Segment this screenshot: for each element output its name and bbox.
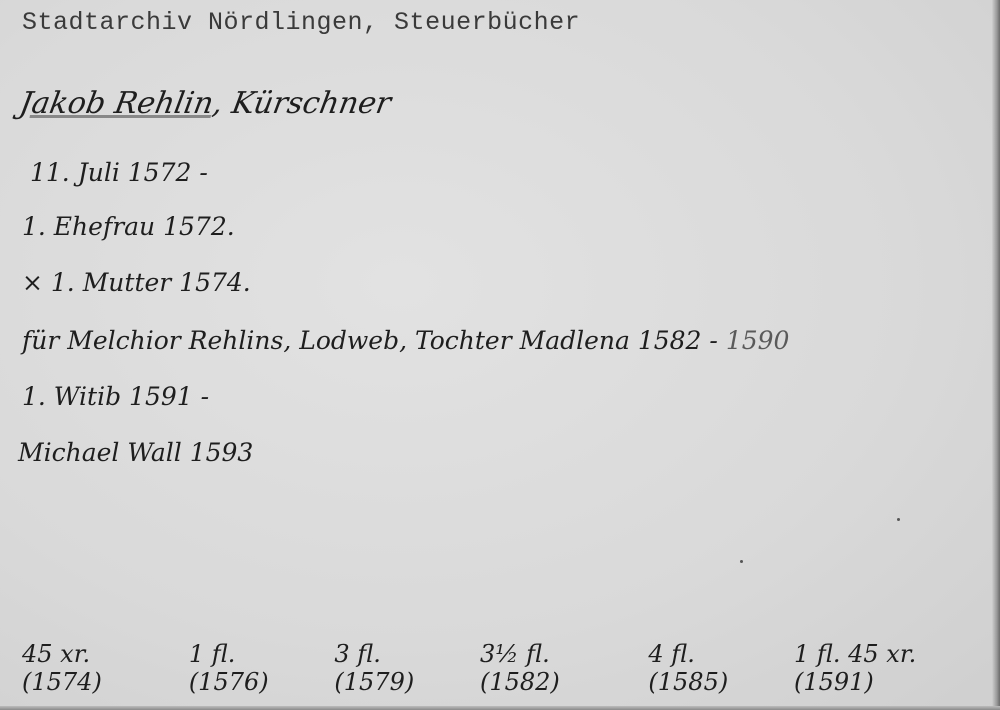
- name-occupation: , Kürschner: [210, 86, 394, 121]
- entry-first-wife: 1. Ehefrau 1572.: [22, 212, 235, 241]
- paper-speck: [897, 518, 900, 521]
- archive-header: Stadtarchiv Nördlingen, Steuerbücher: [22, 8, 580, 37]
- tax-entry: 45 xr. (1574): [22, 640, 175, 696]
- name-main: akob Rehlin: [29, 86, 216, 121]
- entry-guardianship-text: für Melchior Rehlins, Lodweb, Tochter Ma…: [22, 326, 718, 355]
- person-name: Jakob Rehlin, Kürschner: [17, 86, 394, 121]
- tax-entry: 4 fl. (1585): [648, 640, 780, 696]
- card-edge-bottom: [0, 706, 1000, 710]
- paper-speck: [740, 560, 743, 563]
- tax-assessments: 45 xr. (1574) 1 fl. (1576) 3 fl. (1579) …: [22, 640, 1000, 696]
- archive-index-card: Stadtarchiv Nördlingen, Steuerbücher Jak…: [0, 0, 1000, 710]
- entry-citizenship-date: 11. Juli 1572 -: [30, 158, 208, 187]
- tax-entry: 3½ fl. (1582): [480, 640, 634, 696]
- entry-widow: 1. Witib 1591 -: [22, 382, 209, 411]
- entry-successor: Michael Wall 1593: [18, 438, 253, 467]
- entry-guardianship-pencil-year: 1590: [726, 326, 790, 355]
- tax-entry: 1 fl. 45 xr. (1591): [794, 640, 1000, 696]
- tax-entry: 1 fl. (1576): [189, 640, 321, 696]
- entry-guardianship: für Melchior Rehlins, Lodweb, Tochter Ma…: [22, 326, 789, 355]
- card-edge-right: [992, 0, 1000, 710]
- entry-mother: × 1. Mutter 1574.: [22, 268, 251, 297]
- tax-entry: 3 fl. (1579): [334, 640, 466, 696]
